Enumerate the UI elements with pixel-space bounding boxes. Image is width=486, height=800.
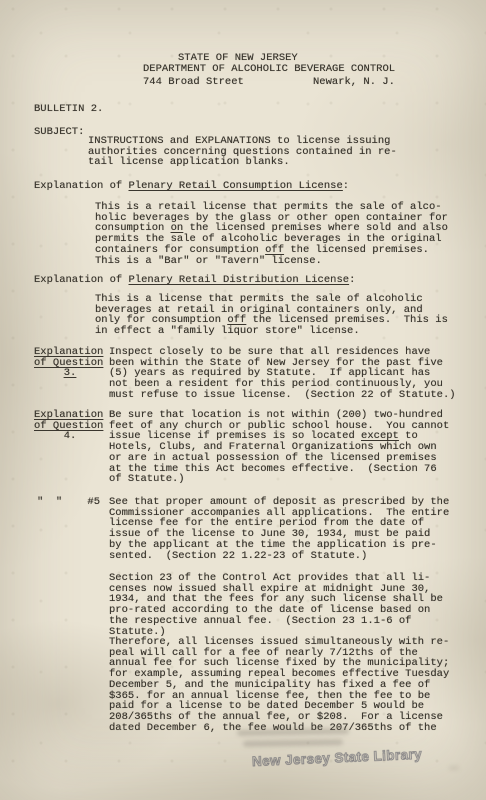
label-line: 4. [34,431,106,442]
document-page: STATE OF NEW JERSEY DEPARTMENT OF ALCOHO… [0,0,486,800]
question-5-paragraph-2: Section 23 of the Control Act provides t… [109,573,443,637]
heading-colon: : [349,274,355,286]
question-5-label: " " #5 [37,497,100,508]
heading-prefix: Explanation of [34,274,129,286]
ink-smudge [449,766,459,770]
heading-underlined-phrase: Plenary Retail Consumption License [129,180,343,192]
heading-colon: : [343,180,349,192]
question-5-paragraph-1: See that proper amount of deposit as pre… [109,497,449,561]
question-4-label: Explanationof Question4. [34,410,106,442]
ink-smudge [237,728,349,736]
question-number: 3. [64,367,77,379]
question-4-paragraph: Be sure that location is not within (200… [109,410,449,485]
distribution-license-heading: Explanation of Plenary Retail Distributi… [34,275,355,286]
question-3-paragraph: Inspect closely to be sure that all resi… [109,347,456,401]
ink-smudge [243,739,343,747]
question-5-paragraph-3: Therefore, all licenses issued simultane… [109,637,449,733]
heading-underlined-phrase: Plenary Retail Distribution License [129,274,350,286]
consumption-license-heading: Explanation of Plenary Retail Consumptio… [34,181,349,192]
subject-label: SUBJECT: [34,127,84,138]
consumption-license-paragraph: This is a retail license that permits th… [95,202,448,266]
library-stamp: New Jersey State Library [252,746,423,769]
org-street-address: 744 Broad Street [143,77,244,88]
org-city-address: Newark, N. J. [313,77,395,88]
org-department-line: DEPARTMENT OF ALCOHOLIC BEVERAGE CONTROL [143,64,395,75]
distribution-license-paragraph: This is a license that permits the sale … [95,294,448,337]
subject-text: INSTRUCTIONS and EXPLANATIONS to license… [88,136,397,168]
question-number: 4. [64,430,77,442]
label-line: 3. [34,368,106,379]
bulletin-number: BULLETIN 2. [34,104,103,115]
question-3-label: Explanationof Question3. [34,347,106,379]
heading-prefix: Explanation of [34,180,129,192]
